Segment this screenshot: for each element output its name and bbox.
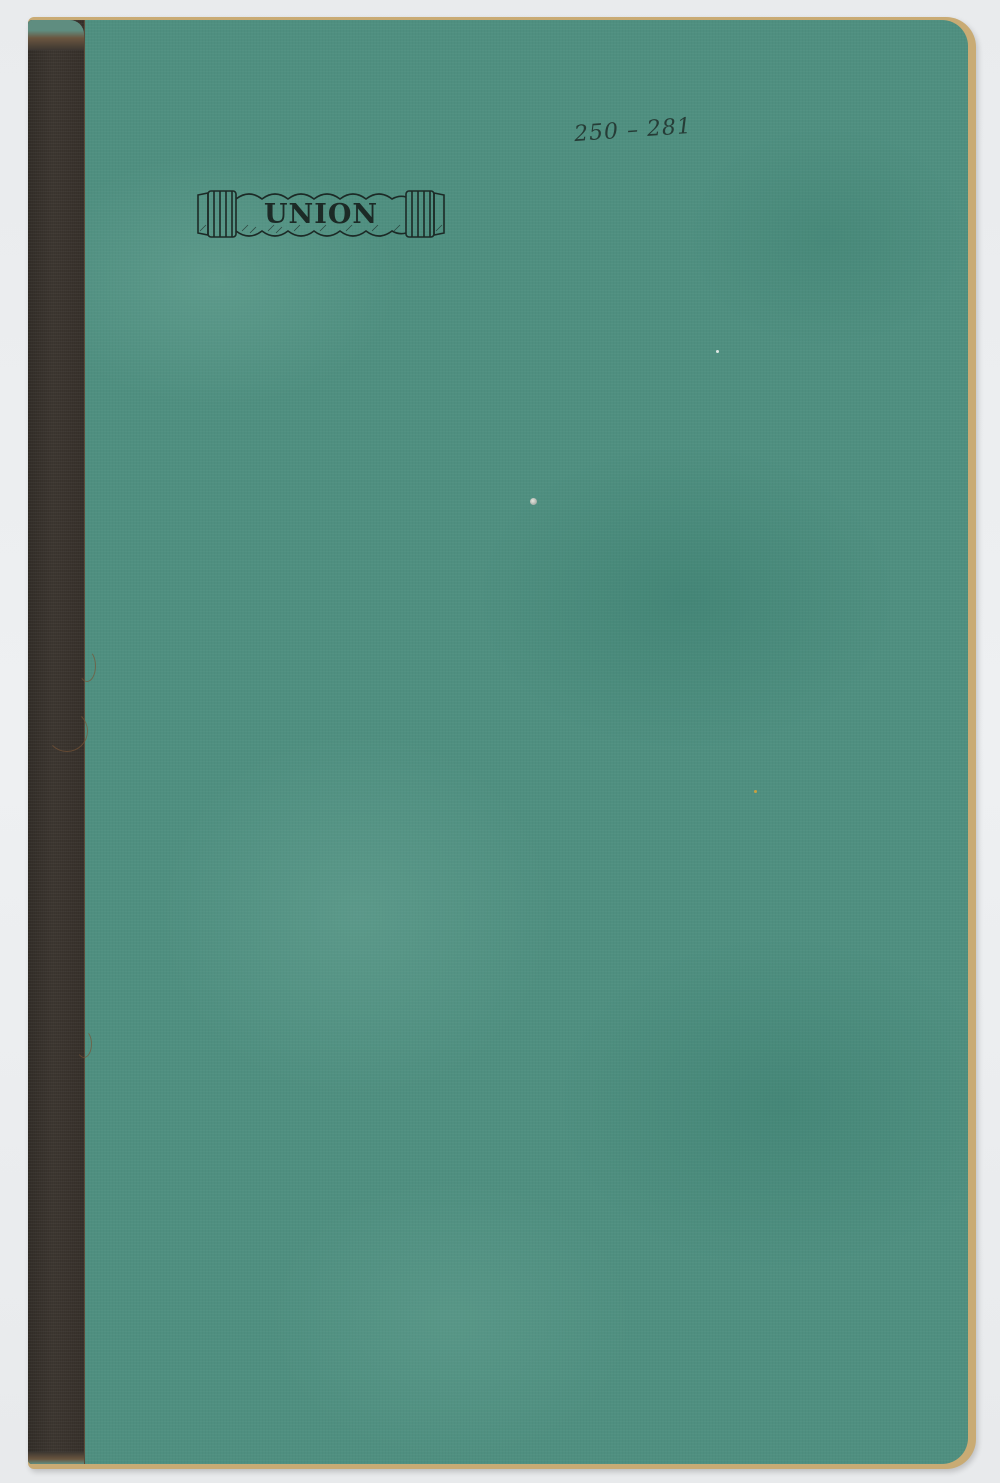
scan-background: 250 – 281: [0, 0, 1000, 1483]
notebook-cover: 250 – 281: [28, 20, 968, 1464]
brand-label: UNION: [194, 187, 448, 243]
stain-speck: [754, 790, 757, 793]
loose-thread: [78, 650, 96, 682]
loose-thread: [76, 1030, 92, 1058]
cloth-spine: [28, 20, 85, 1464]
stain-speck: [716, 350, 719, 353]
spine-bottom-fray: [28, 1452, 84, 1464]
brand-emblem: UNION: [194, 187, 448, 243]
spine-top-fray: [28, 20, 84, 50]
loose-thread: [46, 710, 88, 752]
handwritten-page-range: 250 – 281: [573, 114, 692, 147]
cover-rivet: [530, 498, 537, 505]
